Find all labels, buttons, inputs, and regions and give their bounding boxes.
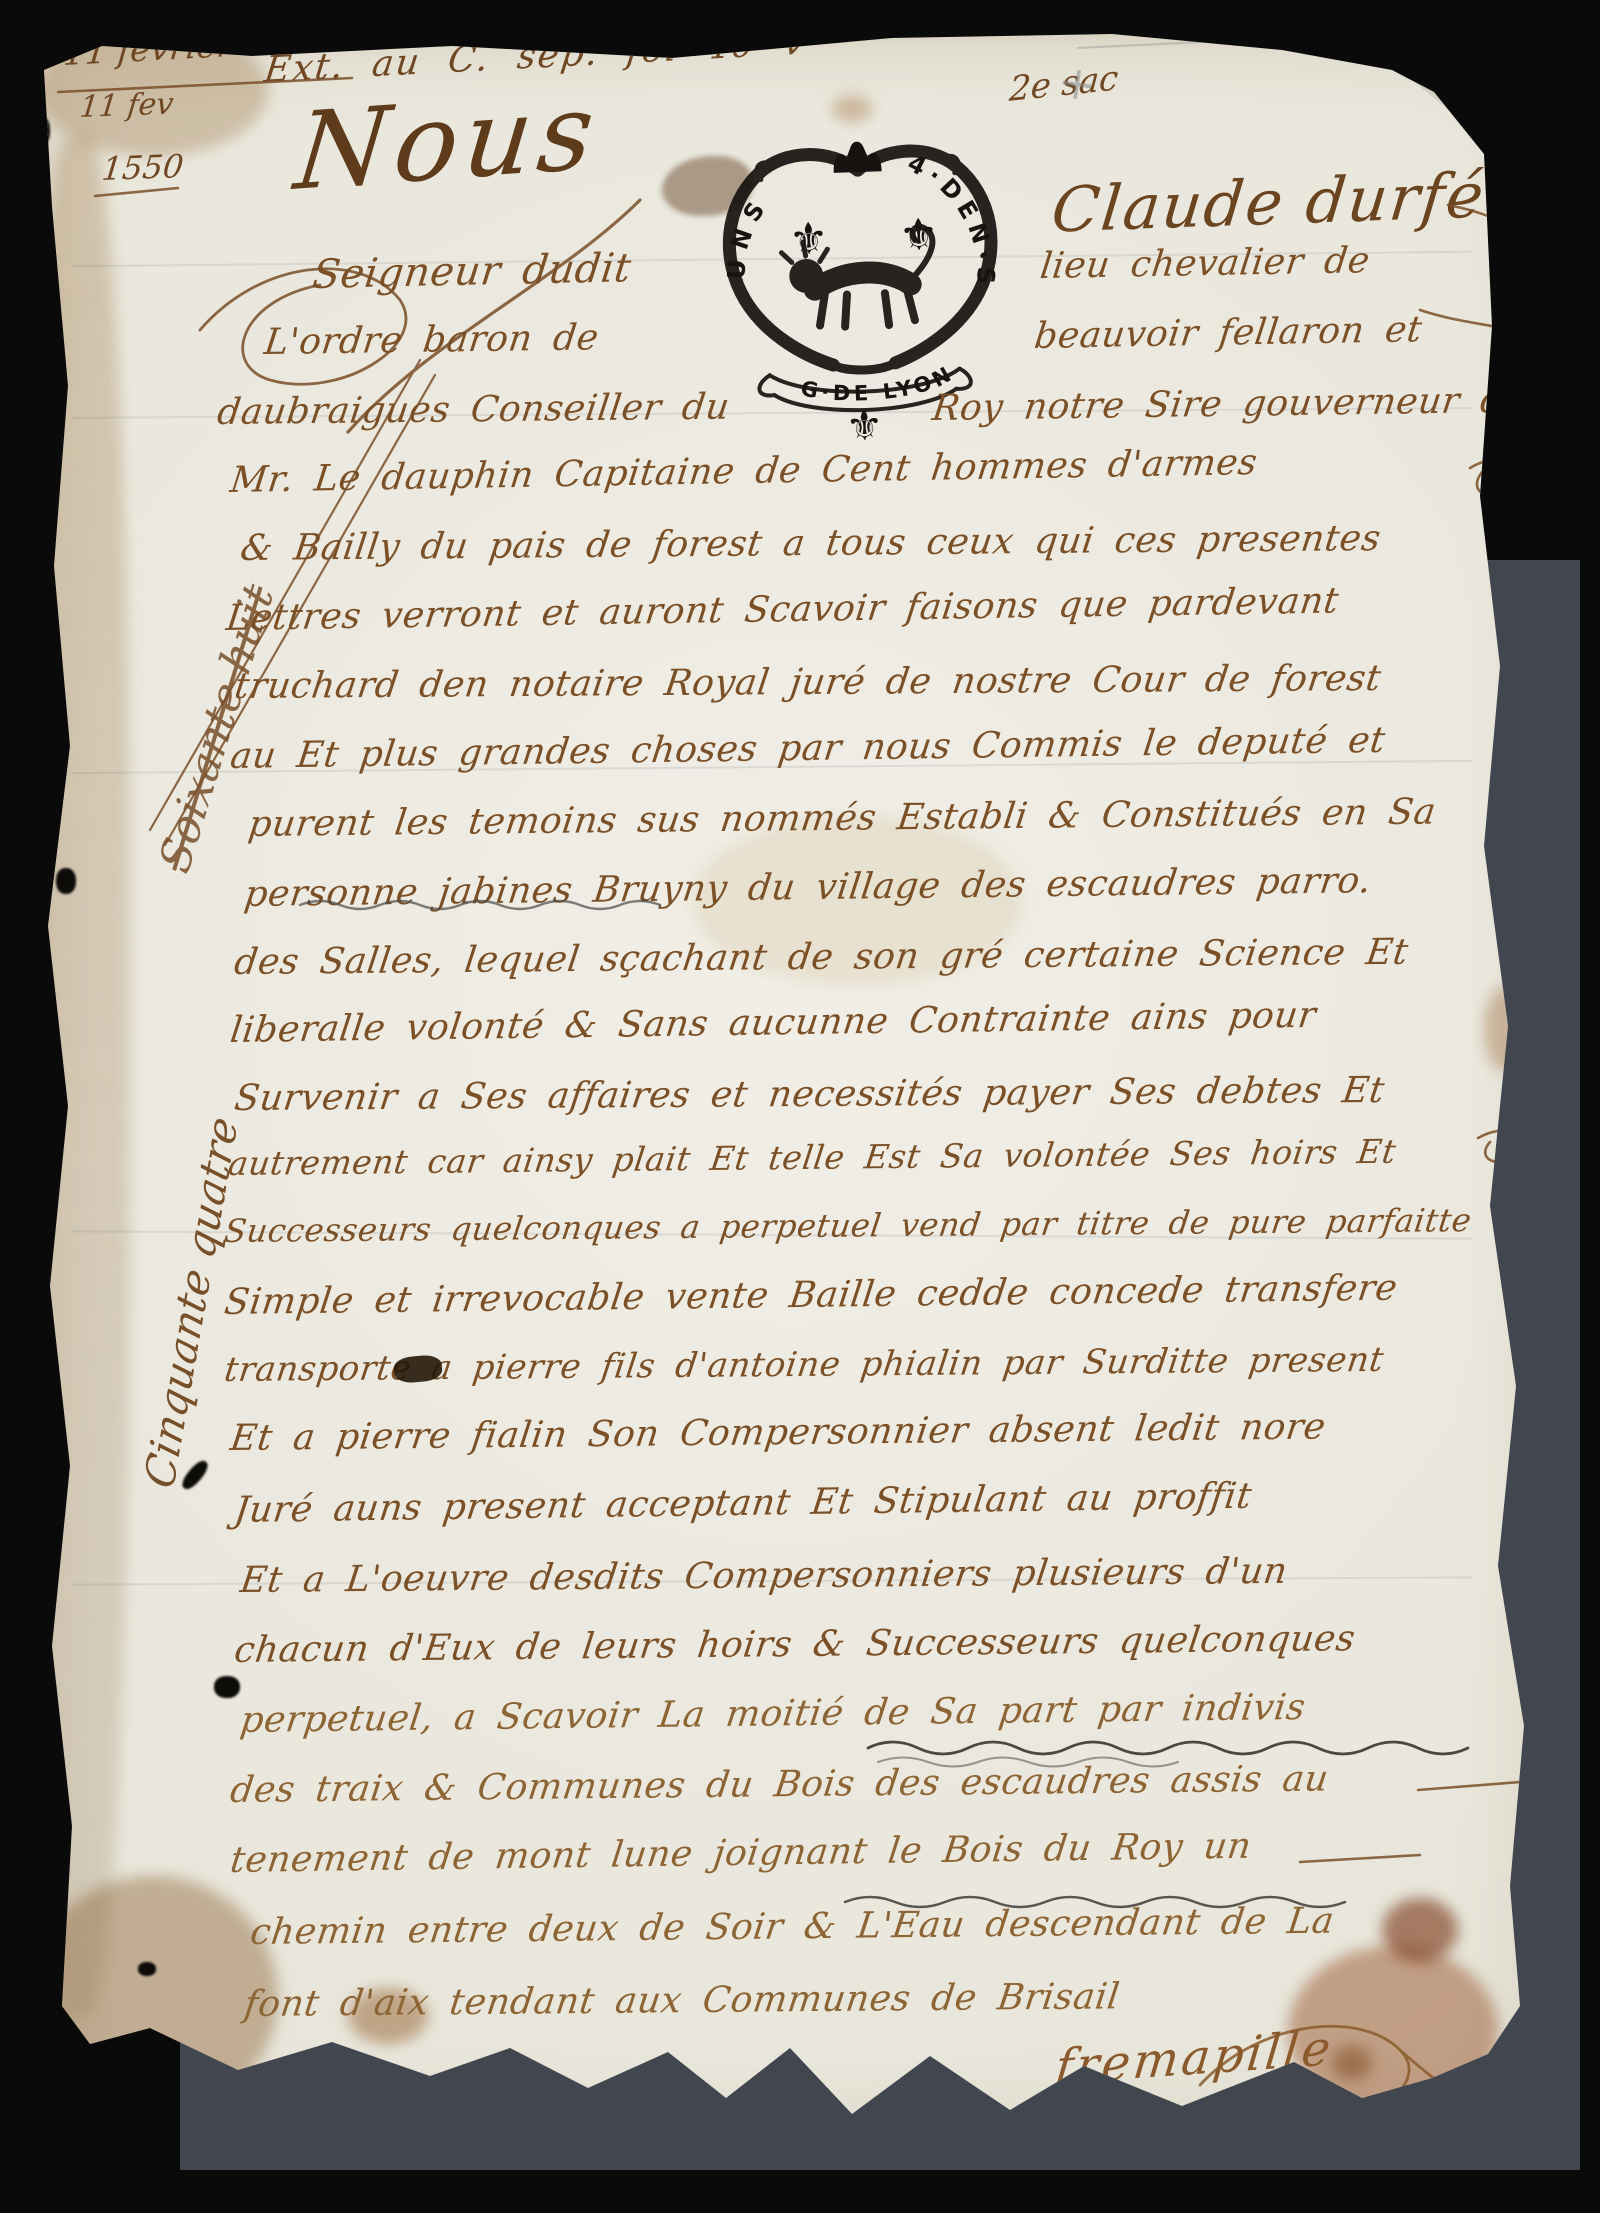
manuscript-line: Lettres verront et auront Scavoir faison…: [224, 580, 1341, 639]
manuscript-line: autrement car ainsy plait Et telle Est S…: [226, 1132, 1399, 1183]
manuscript-line: L'ordre baron de: [262, 317, 601, 363]
line-end-curl: [1470, 459, 1516, 495]
edge-tear: [32, 440, 56, 474]
line-end-dash: [1418, 1782, 1520, 1790]
manuscript-line: Seigneur dudit: [310, 245, 634, 298]
manuscript-line: Successeurs quelconques a perpetuel vend…: [222, 1201, 1474, 1250]
pencil-cross-mark: +: [1054, 54, 1100, 113]
manuscript-line: beauvoir fellaron et: [1032, 309, 1425, 357]
manuscript-line: & Bailly du pais de forest a tous ceux q…: [238, 518, 1383, 569]
stamp-right-text: 4·DEN·S: [902, 146, 1000, 294]
manuscript-line: liberalle volonté & Sans aucunne Contrai…: [228, 995, 1318, 1051]
blotch-stain: [1382, 1898, 1458, 1962]
line-end-flourish: [1420, 310, 1548, 355]
manuscript-line: font d'aix tendant aux Communes de Brisa…: [242, 1976, 1122, 2025]
pencil-line: [1078, 40, 1242, 48]
manuscript-line: Et a L'oeuvre desdits Compersonniers plu…: [238, 1551, 1290, 1601]
manuscript-sheet: 11 fevrier 1550 11 fev 1550 Ext. au C. s…: [32, 26, 1552, 2146]
margin-date-abbrev: 11 fev: [78, 87, 175, 125]
edge-tear: [32, 116, 50, 146]
folded-corner: [1395, 55, 1515, 165]
ink-speck: [138, 1962, 156, 1976]
manuscript-line: truchard den notaire Royal juré de nostr…: [232, 658, 1384, 707]
year-underline: [95, 188, 178, 196]
ink-blot: [214, 1676, 240, 1698]
manuscript-line: tenement de mont lune joignant le Bois d…: [228, 1826, 1254, 1881]
manuscript-line: purent les temoins sus nommés Establi & …: [246, 792, 1438, 845]
manuscript-line: des Salles, lequel sçachant de son gré c…: [232, 932, 1411, 983]
manuscript-line: personne jabines Bruyny du village des e…: [242, 860, 1374, 915]
manuscript-line: Simple et irrevocable vente Baille cedde…: [222, 1268, 1400, 1323]
manuscript-line: au Et plus grandes choses par nous Commi…: [228, 720, 1388, 777]
manuscript-line: Roy notre Sire gouverneur de: [930, 380, 1529, 429]
manuscript-line: lieu chevalier de: [1038, 240, 1372, 287]
lion-head: [789, 258, 824, 293]
scanned-manuscript-photo: 11 fevrier 1550 11 fev 1550 Ext. au C. s…: [0, 0, 1600, 2213]
ink-speck: [48, 1906, 62, 1918]
opening-name-claude-durfe: Claude durfé: [1048, 158, 1489, 246]
fleur-de-lis-icon: ⚜: [845, 400, 884, 450]
small-stain: [832, 96, 872, 122]
manuscript-line: des traix & Communes du Bois des escaudr…: [228, 1758, 1331, 1811]
fleur-de-lis-icon: ⚜: [898, 209, 939, 261]
emphasis-wavy-underline: [868, 1742, 1468, 1754]
edge-tear: [32, 1178, 48, 1218]
edge-tear: [56, 868, 76, 894]
manuscript-line: perpetuel, a Scavoir La moitié de Sa par…: [238, 1687, 1308, 1741]
small-stain: [1332, 2046, 1372, 2080]
manuscript-line: Survenir a Ses affaires et necessités pa…: [232, 1070, 1387, 1119]
manuscript-line: Mr. Le dauphin Capitaine de Cent hommes …: [228, 442, 1260, 501]
line-end-dash: [1300, 1855, 1420, 1862]
opening-word-nous: Nous: [290, 69, 606, 214]
crown-icon: [833, 141, 882, 173]
margin-year: 1550: [100, 147, 185, 188]
manuscript-line: daubraigues Conseiller du: [215, 387, 732, 433]
svg-text:4·DEN·S: 4·DEN·S: [902, 146, 1000, 294]
manuscript-line: Juré auns present acceptant Et Stipulant…: [232, 1476, 1254, 1531]
manuscript-line: chacun d'Eux de leurs hoirs & Successeur…: [232, 1618, 1358, 1671]
ink-smudge: [662, 156, 752, 216]
manuscript-line: chemin entre deux de Soir & L'Eau descen…: [248, 1901, 1337, 1953]
manuscript-line: Et a pierre fialin Son Compersonnier abs…: [228, 1406, 1328, 1459]
